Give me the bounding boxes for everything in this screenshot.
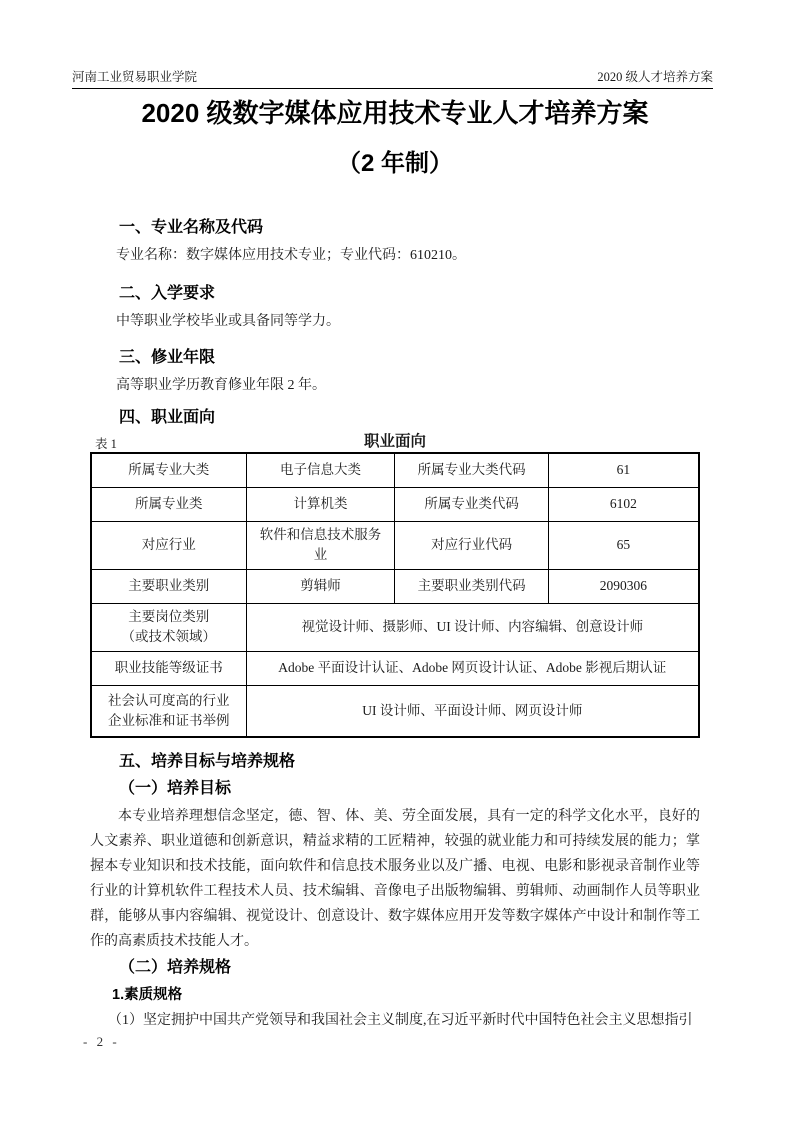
table-cell: 软件和信息技术服务业 [246, 521, 395, 569]
section-heading-training-goal: 五、培养目标与培养规格 [90, 750, 700, 774]
table-cell: 社会认可度高的行业 企业标准和证书举例 [91, 685, 246, 737]
page-number: - 2 - [83, 1034, 120, 1050]
table-cell: 主要岗位类别 （或技术领域） [91, 603, 246, 651]
table-row: 所属专业类 计算机类 所属专业类代码 6102 [91, 487, 699, 521]
table-cell: 视觉设计师、摄影师、UI 设计师、内容编辑、创意设计师 [246, 603, 699, 651]
table-cell: 61 [548, 453, 699, 487]
table-cell: 所属专业大类 [91, 453, 246, 487]
table-cell: 2090306 [548, 569, 699, 603]
table-row: 主要岗位类别 （或技术领域） 视觉设计师、摄影师、UI 设计师、内容编辑、创意设… [91, 603, 699, 651]
career-orientation-table: 所属专业大类 电子信息大类 所属专业大类代码 61 所属专业类 计算机类 所属专… [90, 452, 700, 738]
table-cell: 剪辑师 [246, 569, 395, 603]
header-school-name: 河南工业贸易职业学院 [72, 68, 197, 86]
table-cell: 65 [548, 521, 699, 569]
table-row: 所属专业大类 电子信息大类 所属专业大类代码 61 [91, 453, 699, 487]
table-cell: 所属专业类代码 [395, 487, 548, 521]
table-cell: Adobe 平面设计认证、Adobe 网页设计认证、Adobe 影视后期认证 [246, 651, 699, 685]
table-cell: 6102 [548, 487, 699, 521]
table-cell: 电子信息大类 [246, 453, 395, 487]
entry-requirement-text: 中等职业学校毕业或具备同等学力。 [90, 309, 700, 334]
section-heading-career-orientation: 四、职业面向 [90, 406, 700, 430]
document-title: 2020 级数字媒体应用技术专业人才培养方案 [90, 0, 700, 130]
section-heading-entry-requirement: 二、入学要求 [90, 282, 700, 306]
table-caption-label: 表 1 [95, 434, 117, 452]
table-cell: UI 设计师、平面设计师、网页设计师 [246, 685, 699, 737]
table-row: 职业技能等级证书 Adobe 平面设计认证、Adobe 网页设计认证、Adobe… [91, 651, 699, 685]
table-row: 社会认可度高的行业 企业标准和证书举例 UI 设计师、平面设计师、网页设计师 [91, 685, 699, 737]
table-cell: 主要职业类别代码 [395, 569, 548, 603]
table-caption-title: 职业面向 [364, 433, 426, 450]
subsection-heading-training-objective: （一）培养目标 [90, 777, 700, 801]
table-cell: 对应行业代码 [395, 521, 548, 569]
quality-spec-item-1: （1）坚定拥护中国共产党领导和我国社会主义制度,在习近平新时代中国特色社会主义思… [90, 1008, 700, 1033]
table-cell: 计算机类 [246, 487, 395, 521]
table-caption: 表 1 职业面向 [90, 432, 700, 452]
study-duration-text: 高等职业学历教育修业年限 2 年。 [90, 373, 700, 398]
training-objective-paragraph: 本专业培养理想信念坚定，德、智、体、美、劳全面发展，具有一定的科学文化水平，良好… [90, 804, 700, 954]
table-cell: 所属专业大类代码 [395, 453, 548, 487]
table-cell: 主要职业类别 [91, 569, 246, 603]
header-doc-type: 2020 级人才培养方案 [597, 68, 713, 86]
document-subtitle: （2 年制） [90, 148, 700, 180]
subsection-heading-training-spec: （二）培养规格 [90, 956, 700, 980]
document-page: 河南工业贸易职业学院 2020 级人才培养方案 2020 级数字媒体应用技术专业… [0, 0, 793, 1122]
table-cell: 职业技能等级证书 [91, 651, 246, 685]
major-name-text: 专业名称：数字媒体应用技术专业；专业代码：610210。 [90, 243, 700, 268]
section-heading-study-duration: 三、修业年限 [90, 346, 700, 370]
section-heading-major-name: 一、专业名称及代码 [90, 216, 700, 240]
table-cell: 所属专业类 [91, 487, 246, 521]
table-cell: 对应行业 [91, 521, 246, 569]
running-header: 河南工业贸易职业学院 2020 级人才培养方案 [72, 68, 713, 89]
quality-spec-heading: 1.素质规格 [90, 984, 700, 1006]
table-row: 主要职业类别 剪辑师 主要职业类别代码 2090306 [91, 569, 699, 603]
table-row: 对应行业 软件和信息技术服务业 对应行业代码 65 [91, 521, 699, 569]
